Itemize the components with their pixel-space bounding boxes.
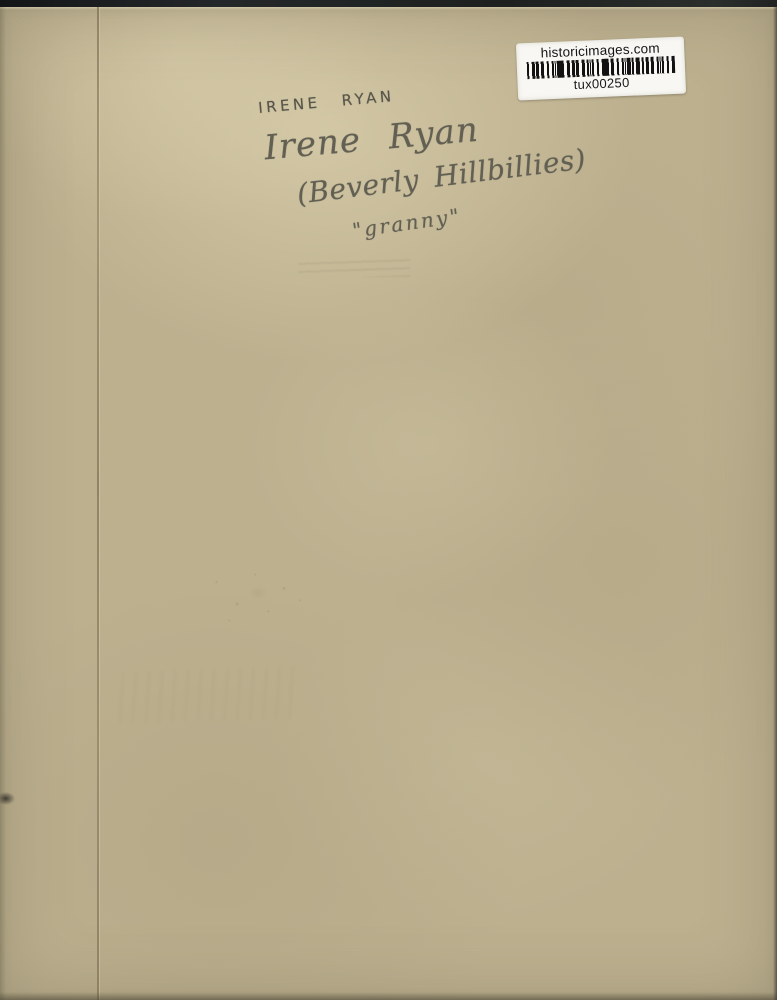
photo-paper-back: IRENE RYAN Irene Ryan (Beverly Hillbilli… <box>0 7 777 1000</box>
handwritten-character-name: "granny" <box>351 203 463 242</box>
paper-left-edge-shading <box>0 7 6 1000</box>
stamp-bleed-impression <box>117 666 297 724</box>
speckle-stain <box>193 547 323 639</box>
paper-top-edge-highlight <box>0 7 777 10</box>
paper-bottom-edge-shadow <box>0 992 777 1000</box>
handwritten-printed-name: IRENE RYAN <box>257 87 395 117</box>
photo-back-scan: IRENE RYAN Irene Ryan (Beverly Hillbilli… <box>0 0 777 1000</box>
faint-pencil-marks <box>298 257 410 277</box>
paper-crease-line <box>97 7 99 1000</box>
scanner-background-strip <box>0 0 777 7</box>
paper-right-edge-shading <box>773 7 777 1000</box>
inventory-sticker: historicimages.com tux00250 <box>516 37 686 101</box>
